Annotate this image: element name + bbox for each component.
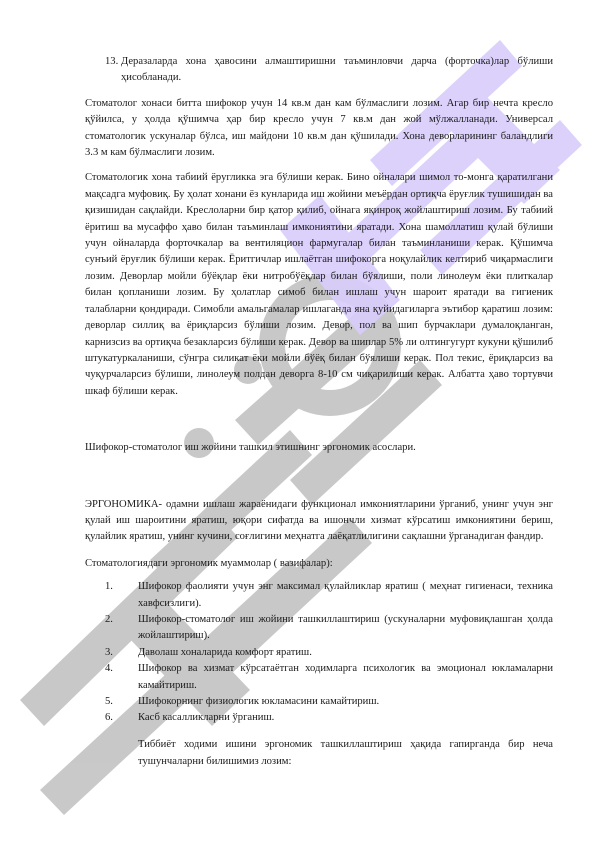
- section-heading: Шифокор-стоматолог иш жойини ташкил этиш…: [85, 440, 553, 456]
- list-item: 5. Шифокорнинг физиологик юкламасини кам…: [85, 694, 553, 710]
- list-text: Касб касалликларни ўрганиш.: [138, 710, 553, 726]
- list-item: 2. Шифокор-стоматолог иш жойини ташкилла…: [85, 612, 553, 645]
- paragraph-lighting-walls: Стоматологик хона табиий ёругликка эга б…: [85, 170, 553, 400]
- numbered-item-13: 13. Деразаларда хона ҳавосини алмаштириш…: [105, 54, 553, 87]
- tasks-list: 1. Шифокор фаолияти учун энг максимал қу…: [85, 579, 553, 770]
- tasks-intro: Стоматологиядаги эргономик муаммолар ( в…: [85, 556, 553, 572]
- list-item: 4. Шифокор ва хизмат кўрсатаётган ходимл…: [85, 661, 553, 694]
- list-item: 3. Даволаш хоналарида комфорт яратиш.: [85, 645, 553, 661]
- list-number: 1.: [85, 579, 138, 612]
- closing-paragraph: Тиббиёт ходими ишини эргономик ташкиллаш…: [138, 737, 553, 770]
- item-text: Деразаларда хона ҳавосини алмаштиришни т…: [121, 54, 553, 87]
- list-item: 1. Шифокор фаолияти учун энг максимал қу…: [85, 579, 553, 612]
- list-number: 6.: [85, 710, 138, 726]
- document-page: 13. Деразаларда хона ҳавосини алмаштириш…: [85, 54, 553, 781]
- list-number: 2.: [85, 612, 138, 645]
- list-text: Шифокор фаолияти учун энг максимал қулай…: [138, 579, 553, 612]
- ergonomics-definition: ЭРГОНОМИКА- одамни ишлаш жараёнидаги фун…: [85, 497, 553, 546]
- list-number: 5.: [85, 694, 138, 710]
- list-number: 3.: [85, 645, 138, 661]
- paragraph-room-size: Стоматолог хонаси битта шифокор учун 14 …: [85, 96, 553, 162]
- list-item: 6. Касб касалликларни ўрганиш.: [85, 710, 553, 726]
- list-number: 4.: [85, 661, 138, 694]
- list-text: Шифокор-стоматолог иш жойини ташкиллашти…: [138, 612, 553, 645]
- list-text: Даволаш хоналарида комфорт яратиш.: [138, 645, 553, 661]
- list-text: Шифокорнинг физиологик юкламасини камайт…: [138, 694, 553, 710]
- item-number: 13.: [105, 54, 121, 87]
- list-text: Шифокор ва хизмат кўрсатаётган ходимларг…: [138, 661, 553, 694]
